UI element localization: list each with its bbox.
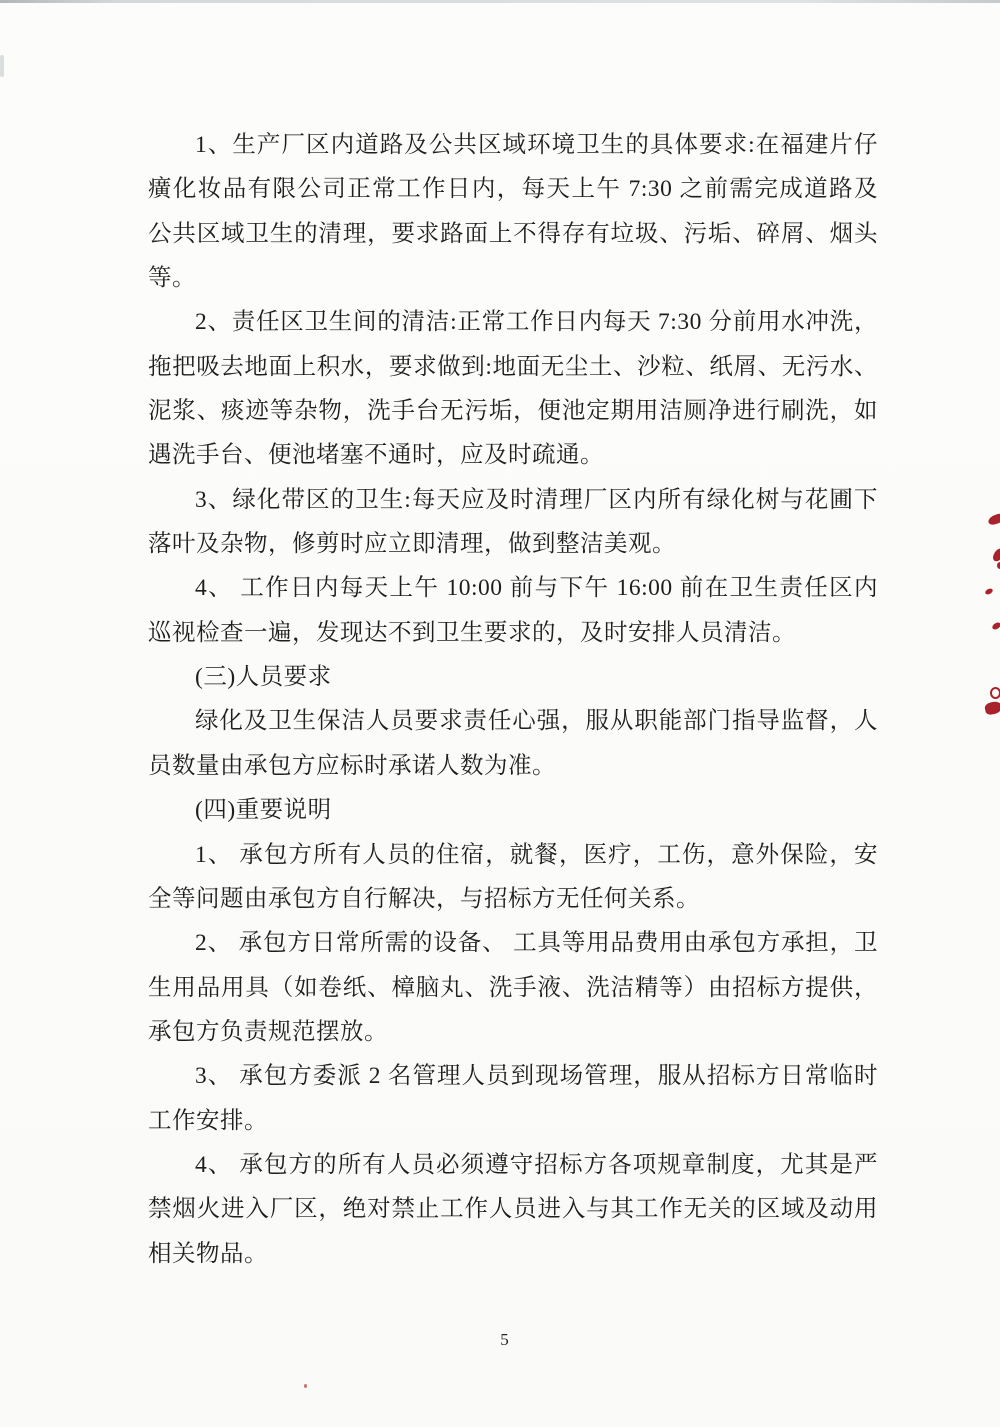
text-line: 绿化及卫生保洁人员要求责任心强，服从职能部门指导监督，人 <box>148 699 878 743</box>
text-line: 2、责任区卫生间的清洁:正常工作日内每天 7:30 分前用水冲洗， <box>148 300 878 344</box>
page-number: 5 <box>0 1330 1000 1350</box>
text-line: 等。 <box>148 256 878 300</box>
text-line: 1、 承包方所有人员的住宿，就餐，医疗，工伤，意外保险，安 <box>148 833 878 877</box>
section-heading: (三)人员要求 <box>148 655 878 699</box>
text-line: 相关物品。 <box>148 1232 878 1276</box>
text-line: 巡视检查一遍，发现达不到卫生要求的，及时安排人员清洁。 <box>148 611 878 655</box>
red-ink-mark <box>984 587 993 595</box>
red-ink-speck <box>304 1384 307 1388</box>
text-line: 公共区域卫生的清理，要求路面上不得存有垃圾、污垢、碎屑、烟头 <box>148 212 878 256</box>
text-line: 落叶及杂物，修剪时应立即清理，做到整洁美观。 <box>148 522 878 566</box>
text-line: 员数量由承包方应标时承诺人数为准。 <box>148 744 878 788</box>
red-ink-mark <box>991 547 1000 564</box>
text-line: 1、生产厂区内道路及公共区域环境卫生的具体要求:在福建片仔 <box>148 123 878 167</box>
text-line: 3、 承包方委派 2 名管理人员到现场管理，服从招标方日常临时 <box>148 1054 878 1098</box>
text-line: 禁烟火进入厂区，绝对禁止工作人员进入与其工作无关的区域及动用 <box>148 1187 878 1231</box>
red-ink-mark <box>991 622 1000 631</box>
document-body: 1、生产厂区内道路及公共区域环境卫生的具体要求:在福建片仔 癀化妆品有限公司正常… <box>148 123 878 1276</box>
text-line: 承包方负责规范摆放。 <box>148 1010 878 1054</box>
red-ink-mark <box>987 513 1000 526</box>
text-line: 4、 承包方的所有人员必须遵守招标方各项规章制度，尤其是严 <box>148 1143 878 1187</box>
text-line: 遇洗手台、便池堵塞不通时，应及时疏通。 <box>148 433 878 477</box>
red-ink-mark <box>984 700 1000 715</box>
text-line: 生用品用具（如卷纸、樟脑丸、洗手液、洗洁精等）由招标方提供， <box>148 966 878 1010</box>
text-line: 工作安排。 <box>148 1099 878 1143</box>
scanner-edge-artifact <box>0 0 1000 3</box>
text-line: 4、 工作日内每天上午 10:00 前与下午 16:00 前在卫生责任区内 <box>148 566 878 610</box>
text-line: 癀化妆品有限公司正常工作日内，每天上午 7:30 之前需完成道路及 <box>148 167 878 211</box>
text-line: 2、 承包方日常所需的设备、 工具等用品费用由承包方承担，卫 <box>148 921 878 965</box>
text-line: 全等问题由承包方自行解决，与招标方无任何关系。 <box>148 877 878 921</box>
text-line: 泥浆、痰迹等杂物，洗手台无污垢，便池定期用洁厕净进行刷洗，如 <box>148 389 878 433</box>
text-line: 拖把吸去地面上积水，要求做到:地面无尘土、沙粒、纸屑、无污水、 <box>148 345 878 389</box>
scanner-speck-artifact <box>0 55 4 77</box>
text-line: 3、绿化带区的卫生:每天应及时清理厂区内所有绿化树与花圃下 <box>148 478 878 522</box>
section-heading: (四)重要说明 <box>148 788 878 832</box>
scanned-document-page: 1、生产厂区内道路及公共区域环境卫生的具体要求:在福建片仔 癀化妆品有限公司正常… <box>0 0 1000 1427</box>
red-ink-ring-mark <box>990 687 1000 699</box>
